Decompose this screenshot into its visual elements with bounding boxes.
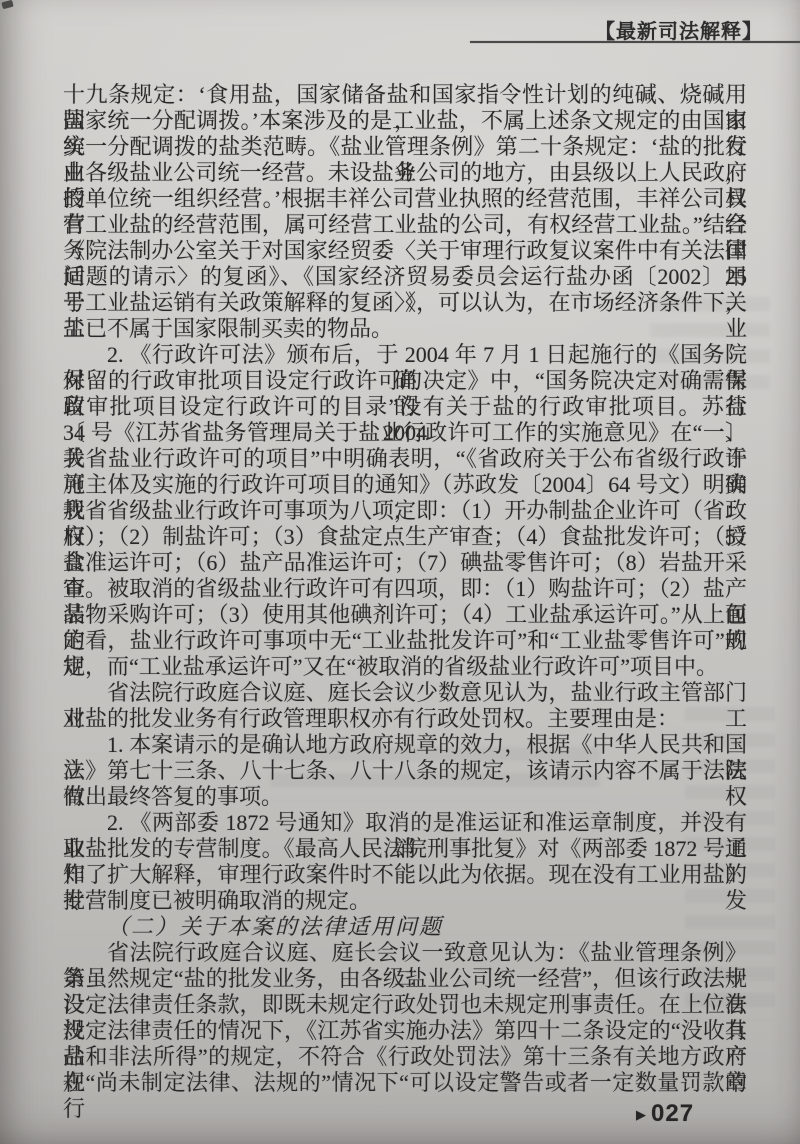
body-text-line: 盐准运许可；（6）盐产品准运许可；（7）碘盐零售许可；（8）岩盐开采审 xyxy=(63,550,747,576)
body-text-line: 权）；（2）制盐许可；（3）食盐定点生产审查；（4）食盐批发许可；（5）食 xyxy=(63,524,747,550)
body-text-line: 务院法制办公室关于对国家经贸委〈关于审理行政复议案件中有关法律适用 xyxy=(63,238,747,264)
body-text-line: 营工业盐的经营范围，属可经营工业盐的公司，有权经营工业盐。”结合《国 xyxy=(63,212,747,238)
body-text-line: 施主体及实施的行政许可项目的通知》（苏政发〔2004〕64 号文）明确规定： xyxy=(63,472,747,498)
scanned-book-page: 【最新司法解释】 十九条规定：‘食用盐，国家储备盐和国家指令性计划的纯碱、烧碱用… xyxy=(0,0,800,1144)
body-text-line: 法》第七十三条、八十七条、八十八条的规定，该请示内容不属于法院有权 xyxy=(63,758,747,784)
section-heading-line: （二）关于本案的法律适用问题 xyxy=(63,914,747,940)
body-text-line: 我省盐业行政许可的项目”中明确表明，“《省政府关于公布省级行政许可实 xyxy=(63,446,747,472)
body-text: 十九条规定：‘食用盐，国家储备盐和国家指令性计划的纯碱、烧碱用盐，由国家统一分配… xyxy=(63,82,747,1096)
body-text-line: 查。被取消的省级盐业行政许可有四项，即：（1）购盐许可；（2）盐产品包 xyxy=(63,576,747,602)
body-text-line: 业盐的批发业务有行政管理职权亦有行政处罚权。主要理由是： xyxy=(63,706,747,732)
body-text-line: 我省省级盐业行政许可事项为八项，即：（1）开办制盐企业许可（省政府授 xyxy=(63,498,747,524)
body-text-line: 定看，盐业行政许可事项中无“工业盐批发许可”和“工业盐零售许可”的规 xyxy=(63,628,747,654)
header-rule xyxy=(470,41,800,43)
body-text-line: 省法院行政庭合议庭、庭长会议一致意见认为：《盐业管理条例》第二十 xyxy=(63,940,747,966)
page-number: 027 xyxy=(651,1102,694,1126)
body-text-line: 1. 本案请示的是确认地方政府规章的效力，根据《中华人民共和国立法 xyxy=(63,732,747,758)
scan-corner-artifact xyxy=(1,0,13,9)
body-text-line: 34 号《江苏省盐务管理局关于盐业行政许可工作的实施意见》在“一、关于 xyxy=(63,420,747,446)
body-text-line: 于工业盐运销有关政策解释的复函〉》，可以认为，在市场经济条件下，工业 xyxy=(63,290,747,316)
header-section-title: 【最新司法解释】 xyxy=(595,15,763,44)
body-text-line: 条虽然规定“盐的批发业务，由各级盐业公司统一经营”，但该行政法规没有 xyxy=(63,966,747,992)
body-text-line: 统一分配调拨的盐类范畴。《盐业管理条例》第二十条规定：‘盐的批发业务， xyxy=(63,134,747,160)
body-text-line: 业盐批发的专营制度。《最高人民法院刑事批复》对《两部委 1872 号通知》 xyxy=(63,836,747,862)
body-text-line: 政审批项目设定行政许可的目录”没有关于盐的行政审批项目。苏盐〔2004〕 xyxy=(63,394,747,420)
body-text-line: 国家统一分配调拨。’本案涉及的是工业盐，不属上述条文规定的由国家实行 xyxy=(63,108,747,134)
body-text-line: 十九条规定：‘食用盐，国家储备盐和国家指令性计划的纯碱、烧碱用盐，由 xyxy=(63,82,747,108)
body-text-line: 的单位统一组织经营。’根据丰祥公司营业执照的经营范围，丰祥公司具有经 xyxy=(63,186,747,212)
body-text-line: 作了扩大解释，审理行政案件时不能以此为依据。现在没有工业用盐的批发 xyxy=(63,862,747,888)
body-text-line: 规定法律责任的情况下，《江苏省实施办法》第四十二条设定的“没收其盐产 xyxy=(63,1018,747,1044)
body-text-line: 2. 《行政许可法》颁布后，于 2004 年 7 月 1 日起施行的《国务院对确… xyxy=(63,342,747,368)
body-text-line: 由各级盐业公司统一经营。未设盐业公司的地方，由县级以上人民政府授权 xyxy=(63,160,747,186)
body-text-line: 2. 《两部委 1872 号通知》取消的是准运证和准运章制度，并没有取消工 xyxy=(63,810,747,836)
body-text-line: 品和非法所得”的规定，不符合《行政处罚法》第十三条有关地方政府规章 xyxy=(63,1044,747,1070)
body-text-line: 装物采购许可；（3）使用其他碘剂许可；（4）工业盐承运许可。”从上面的规 xyxy=(63,602,747,628)
body-text-line: 保留的行政审批项目设定行政许可的决定》中，“国务院决定对确需保留的行 xyxy=(63,368,747,394)
page-footer: ▶ 027 xyxy=(636,1102,694,1126)
page-marker-icon: ▶ xyxy=(636,1108,646,1121)
body-text-line: 省法院行政庭合议庭、庭长会议少数意见认为，盐业行政主管部门对工 xyxy=(63,680,747,706)
body-text-line: 问题的请示〉的复函》、《国家经济贸易委员会运行盐办函〔2002〕25 号〈关 xyxy=(63,264,747,290)
body-text-line: 在“尚未制定法律、法规的”情况下“可以设定警告或者一定数量罚款的行 xyxy=(63,1070,747,1096)
body-text-line: 定，而“工业盐承运许可”又在“被取消的省级盐业行政许可”项目中。 xyxy=(63,654,747,680)
body-text-line: 设定法律责任条款，即既未规定行政处罚也未规定刑事责任。在上位法没有 xyxy=(63,992,747,1018)
